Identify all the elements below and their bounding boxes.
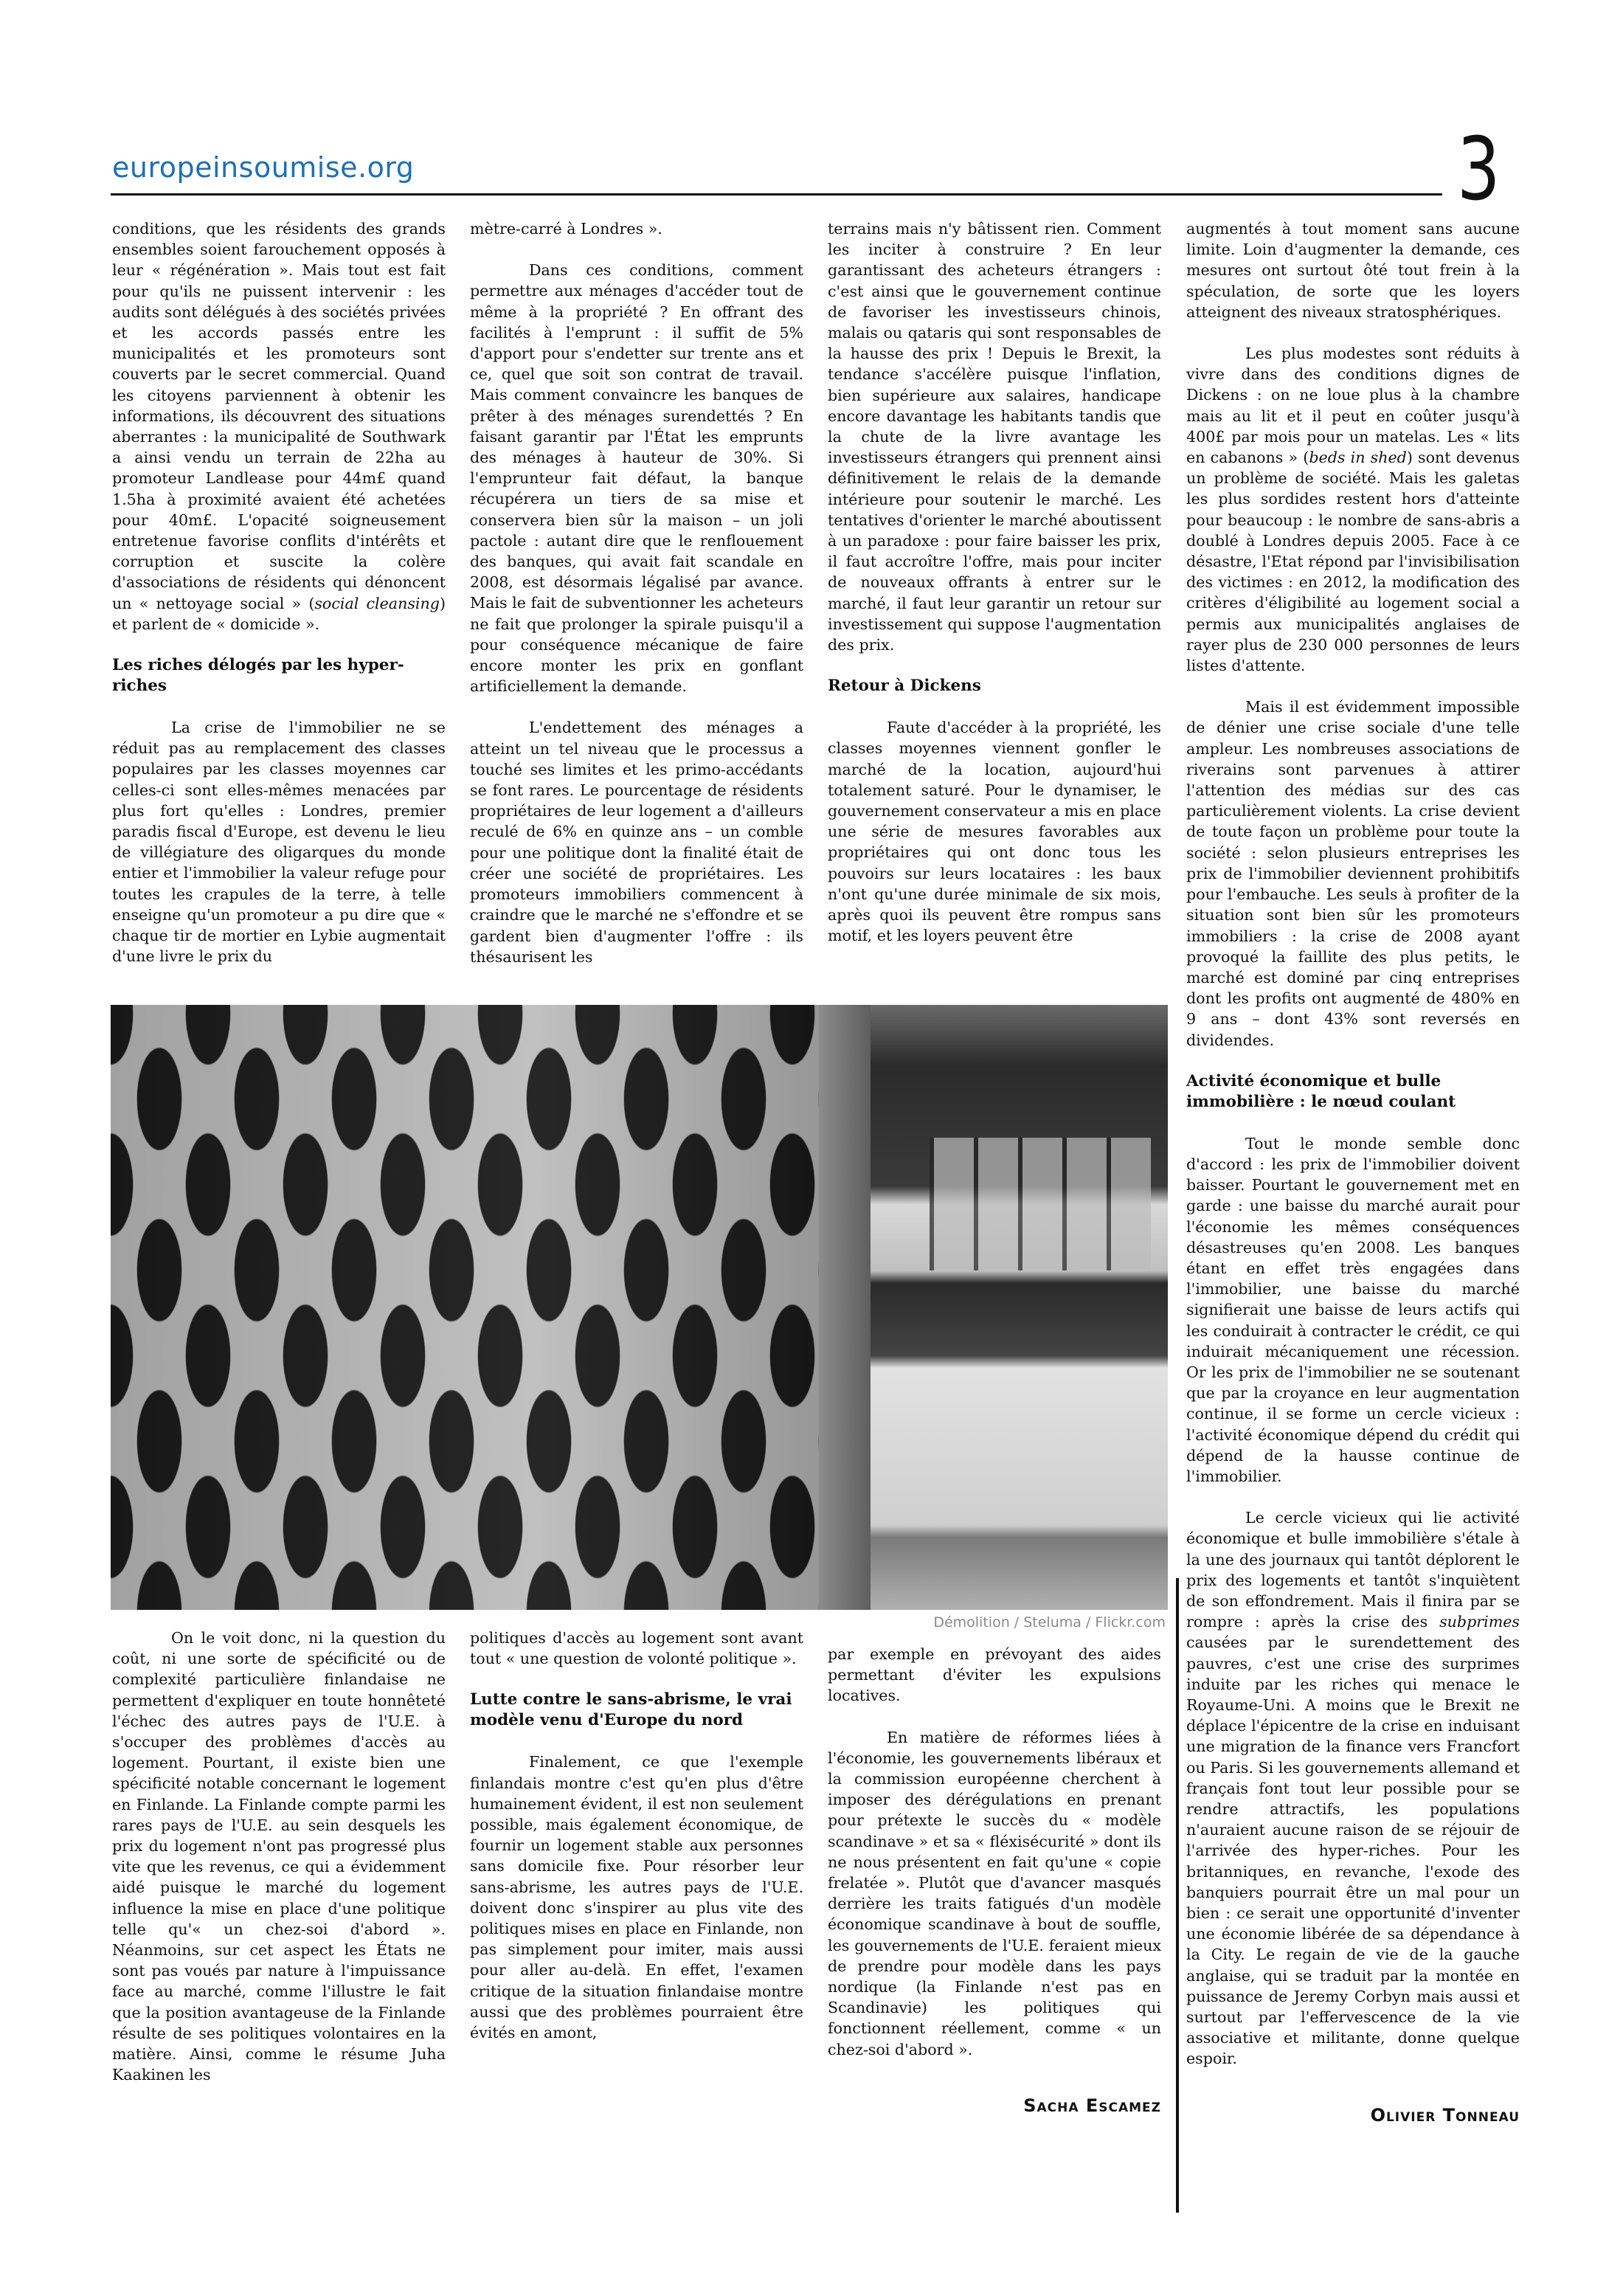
page-number: 3: [1457, 125, 1501, 212]
paragraph: Finalement, ce que l'exemple finlandais …: [470, 1752, 803, 2043]
author-byline: Sacha Escamez: [828, 2095, 1161, 2116]
paragraph: Faute d'accéder à la propriété, les clas…: [828, 717, 1161, 946]
article-divider-rule: [1176, 1578, 1179, 2213]
paragraph: politiques d'accès au logement sont avan…: [470, 1628, 803, 1669]
paragraph: On le voit donc, ni la question du coût,…: [112, 1628, 446, 2085]
escamez-column-1: On le voit donc, ni la question du coût,…: [112, 1628, 446, 2106]
brutalist-facade-image: [111, 1005, 819, 1610]
escamez-column-2: politiques d'accès au logement sont avan…: [470, 1628, 803, 2064]
section-heading: Lutte contre le sans-abrisme, le vrai mo…: [470, 1690, 803, 1731]
paragraph: mètre-carré à Londres ».: [470, 218, 803, 239]
paragraph: Le cercle vicieux qui lie activité écono…: [1186, 1507, 1520, 2069]
section-heading: Les riches délogés par les hyper-riches: [112, 655, 446, 696]
paragraph: L'endettement des ménages a atteint un t…: [470, 717, 803, 967]
tonneau-column-3: terrains mais n'y bâtissent rien. Commen…: [828, 218, 1161, 967]
paragraph: Les plus modestes sont réduits à vivre d…: [1186, 343, 1520, 676]
article-photo: [111, 1005, 1168, 1610]
paragraph: par exemple en prévoyant des aides perme…: [828, 1644, 1161, 1707]
demolished-building-image: [819, 1005, 1168, 1610]
paragraph: La crise de l'immobilier ne se réduit pa…: [112, 717, 446, 967]
paragraph: En matière de réformes liées à l'économi…: [828, 1727, 1161, 2060]
tonneau-column-4: augmentés à tout moment sans aucune limi…: [1186, 218, 1520, 2126]
site-masthead[interactable]: europeinsoumise.org: [112, 151, 414, 184]
paragraph: augmentés à tout moment sans aucune limi…: [1186, 218, 1520, 322]
section-heading: Retour à Dickens: [828, 676, 1161, 696]
tonneau-column-2: mètre-carré à Londres ».Dans ces conditi…: [470, 218, 803, 988]
section-heading: Activité économique et bulle immobilière…: [1186, 1071, 1520, 1113]
paragraph: terrains mais n'y bâtissent rien. Commen…: [828, 218, 1161, 655]
paragraph: Mais il est évidemment impossible de dén…: [1186, 696, 1520, 1050]
paragraph: Dans ces conditions, comment permettre a…: [470, 260, 803, 696]
tonneau-column-1: conditions, que les résidents des grands…: [112, 218, 446, 988]
author-byline: Olivier Tonneau: [1186, 2105, 1520, 2126]
paragraph: conditions, que les résidents des grands…: [112, 218, 446, 634]
escamez-column-3: par exemple en prévoyant des aides perme…: [828, 1644, 1161, 2116]
paragraph: Tout le monde semble donc d'accord : les…: [1186, 1133, 1520, 1487]
header-rule: [111, 193, 1442, 196]
